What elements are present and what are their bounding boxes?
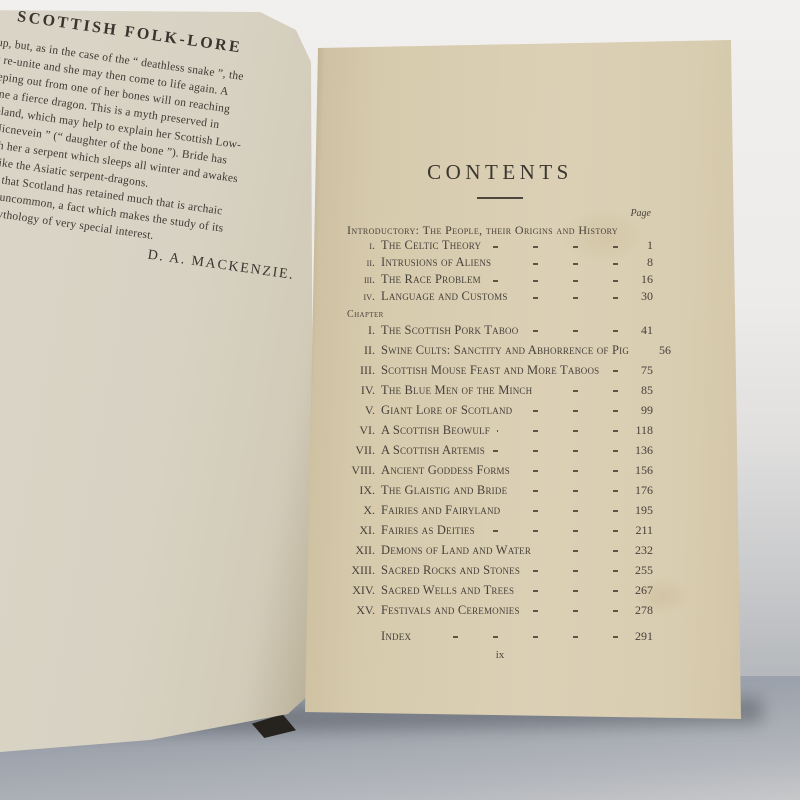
page-number: 211 [625,520,653,540]
chapter-title: Festivals and Ceremonies [381,600,520,620]
chapter-title: Fairies and Fairyland [381,500,500,520]
chapter-list: I. The Scottish Pork Taboo 41 II. Swine … [347,320,653,620]
dash-leader [527,610,618,612]
chapter-numeral: V. [347,400,381,420]
dash-leader [418,636,618,638]
section-title: Language and Customs [381,288,508,305]
chapter-numeral: III. [347,360,381,380]
chapter-numeral: IV. [347,380,381,400]
dash-leader [538,550,618,552]
section-numeral: iv. [347,288,381,305]
chapter-numeral: I. [347,320,381,340]
chapter-numeral: XV. [347,600,381,620]
dash-leader [519,410,618,412]
chapter-numeral: VII. [347,440,381,460]
section-numeral: i. [347,237,381,254]
section-numeral: iii. [347,271,381,288]
chapter-numeral: VIII. [347,460,381,480]
chapter-title: Giant Lore of Scotland [381,400,512,420]
page-number: 232 [625,540,653,560]
toc-row: ii. Intrusions of Aliens 8 [347,254,653,271]
dash-leader [497,430,618,432]
dash-leader [482,530,618,532]
dash-leader [539,390,618,392]
chapter-numeral: X. [347,500,381,520]
toc-row: XI. Fairies as Deities 211 [347,520,653,540]
chapter-numeral: II. [347,340,381,360]
toc-row: XIII. Sacred Rocks and Stones 255 [347,560,653,580]
toc-row: XV. Festivals and Ceremonies 278 [347,600,653,620]
dash-leader [514,490,618,492]
toc-row: VI. A Scottish Beowulf 118 [347,420,653,440]
page-number: 278 [625,600,653,620]
chapter-title: Fairies as Deities [381,520,475,540]
page-number: 255 [625,560,653,580]
chapter-title: A Scottish Beowulf [381,420,490,440]
contents-block: CONTENTS Page Introductory: The People, … [347,160,653,661]
chapter-column-label: Chapter [347,309,653,320]
section-title: Intrusions of Aliens [381,254,491,271]
page-number: 136 [625,440,653,460]
page-number: 8 [625,254,653,271]
section-numeral: ii. [347,254,381,271]
contents-heading: CONTENTS [347,160,653,184]
dash-leader [488,280,618,282]
toc-row: III. Scottish Mouse Feast and More Taboo… [347,360,653,380]
chapter-numeral: XI. [347,520,381,540]
dash-leader [507,510,618,512]
dash-leader [606,370,618,372]
chapter-numeral: IX. [347,480,381,500]
chapter-title: A Scottish Artemis [381,440,485,460]
page-number: 85 [625,380,653,400]
chapter-title: The Glaistig and Bride [381,480,507,500]
page-number: 267 [625,580,653,600]
chapter-title: Sacred Rocks and Stones [381,560,520,580]
toc-row: VIII. Ancient Goddess Forms 156 [347,460,653,480]
page-number: 56 [643,340,671,360]
dash-leader [527,570,618,572]
dash-leader [498,263,618,265]
toc-row: II. Swine Cults: Sanctity and Abhorrence… [347,340,653,360]
page-number: 30 [625,288,653,305]
chapter-numeral: XII. [347,540,381,560]
folio-number: ix [347,649,653,661]
dash-leader [525,330,618,332]
chapter-title: The Blue Men of the Minch [381,380,532,400]
page-number: 118 [625,420,653,440]
page-number: 176 [625,480,653,500]
page-number: 16 [625,271,653,288]
left-page: SCOTTISH FOLK-LORE up, but, as in the ca… [0,0,318,770]
page-number: 195 [625,500,653,520]
toc-row: V. Giant Lore of Scotland 99 [347,400,653,420]
dash-leader [517,470,618,472]
section-title: The Race Problem [381,271,481,288]
toc-row: IV. The Blue Men of the Minch 85 [347,380,653,400]
section-title: The Celtic Theory [381,237,481,254]
page-number: 291 [625,626,653,646]
dash-leader [521,590,618,592]
toc-row: XII. Demons of Land and Water 232 [347,540,653,560]
index-row: Index 291 [347,626,653,646]
toc-row: i. The Celtic Theory 1 [347,237,653,254]
index-title: Index [381,626,411,646]
toc-row: iv. Language and Customs 30 [347,288,653,305]
chapter-title: Scottish Mouse Feast and More Taboos [381,360,599,380]
heading-rule [477,197,523,199]
book-photo: SCOTTISH FOLK-LORE up, but, as in the ca… [0,0,800,800]
page-column-label: Page [347,208,653,220]
toc-row: I. The Scottish Pork Taboo 41 [347,320,653,340]
toc-row: X. Fairies and Fairyland 195 [347,500,653,520]
page-number: 99 [625,400,653,420]
page-number: 1 [625,237,653,254]
introductory-list: i. The Celtic Theory 1 ii. Intrusions of… [347,237,653,305]
page-number: 41 [625,320,653,340]
toc-row: XIV. Sacred Wells and Trees 267 [347,580,653,600]
chapter-title: Swine Cults: Sanctity and Abhorrence of … [381,340,629,360]
toc-row: VII. A Scottish Artemis 136 [347,440,653,460]
page-number: 156 [625,460,653,480]
introductory-heading: Introductory: The People, their Origins … [347,223,653,237]
left-page-text: SCOTTISH FOLK-LORE up, but, as in the ca… [0,0,344,287]
toc-row: iii. The Race Problem 16 [347,271,653,288]
chapter-numeral: XIII. [347,560,381,580]
dash-leader [515,297,618,299]
chapter-numeral: XIV. [347,580,381,600]
right-page: CONTENTS Page Introductory: The People, … [303,36,745,726]
chapter-title: The Scottish Pork Taboo [381,320,518,340]
chapter-title: Sacred Wells and Trees [381,580,514,600]
chapter-title: Demons of Land and Water [381,540,531,560]
toc-row: IX. The Glaistig and Bride 176 [347,480,653,500]
page-number: 75 [625,360,653,380]
dash-leader [488,246,618,248]
chapter-numeral: VI. [347,420,381,440]
dash-leader [492,450,618,452]
chapter-title: Ancient Goddess Forms [381,460,510,480]
